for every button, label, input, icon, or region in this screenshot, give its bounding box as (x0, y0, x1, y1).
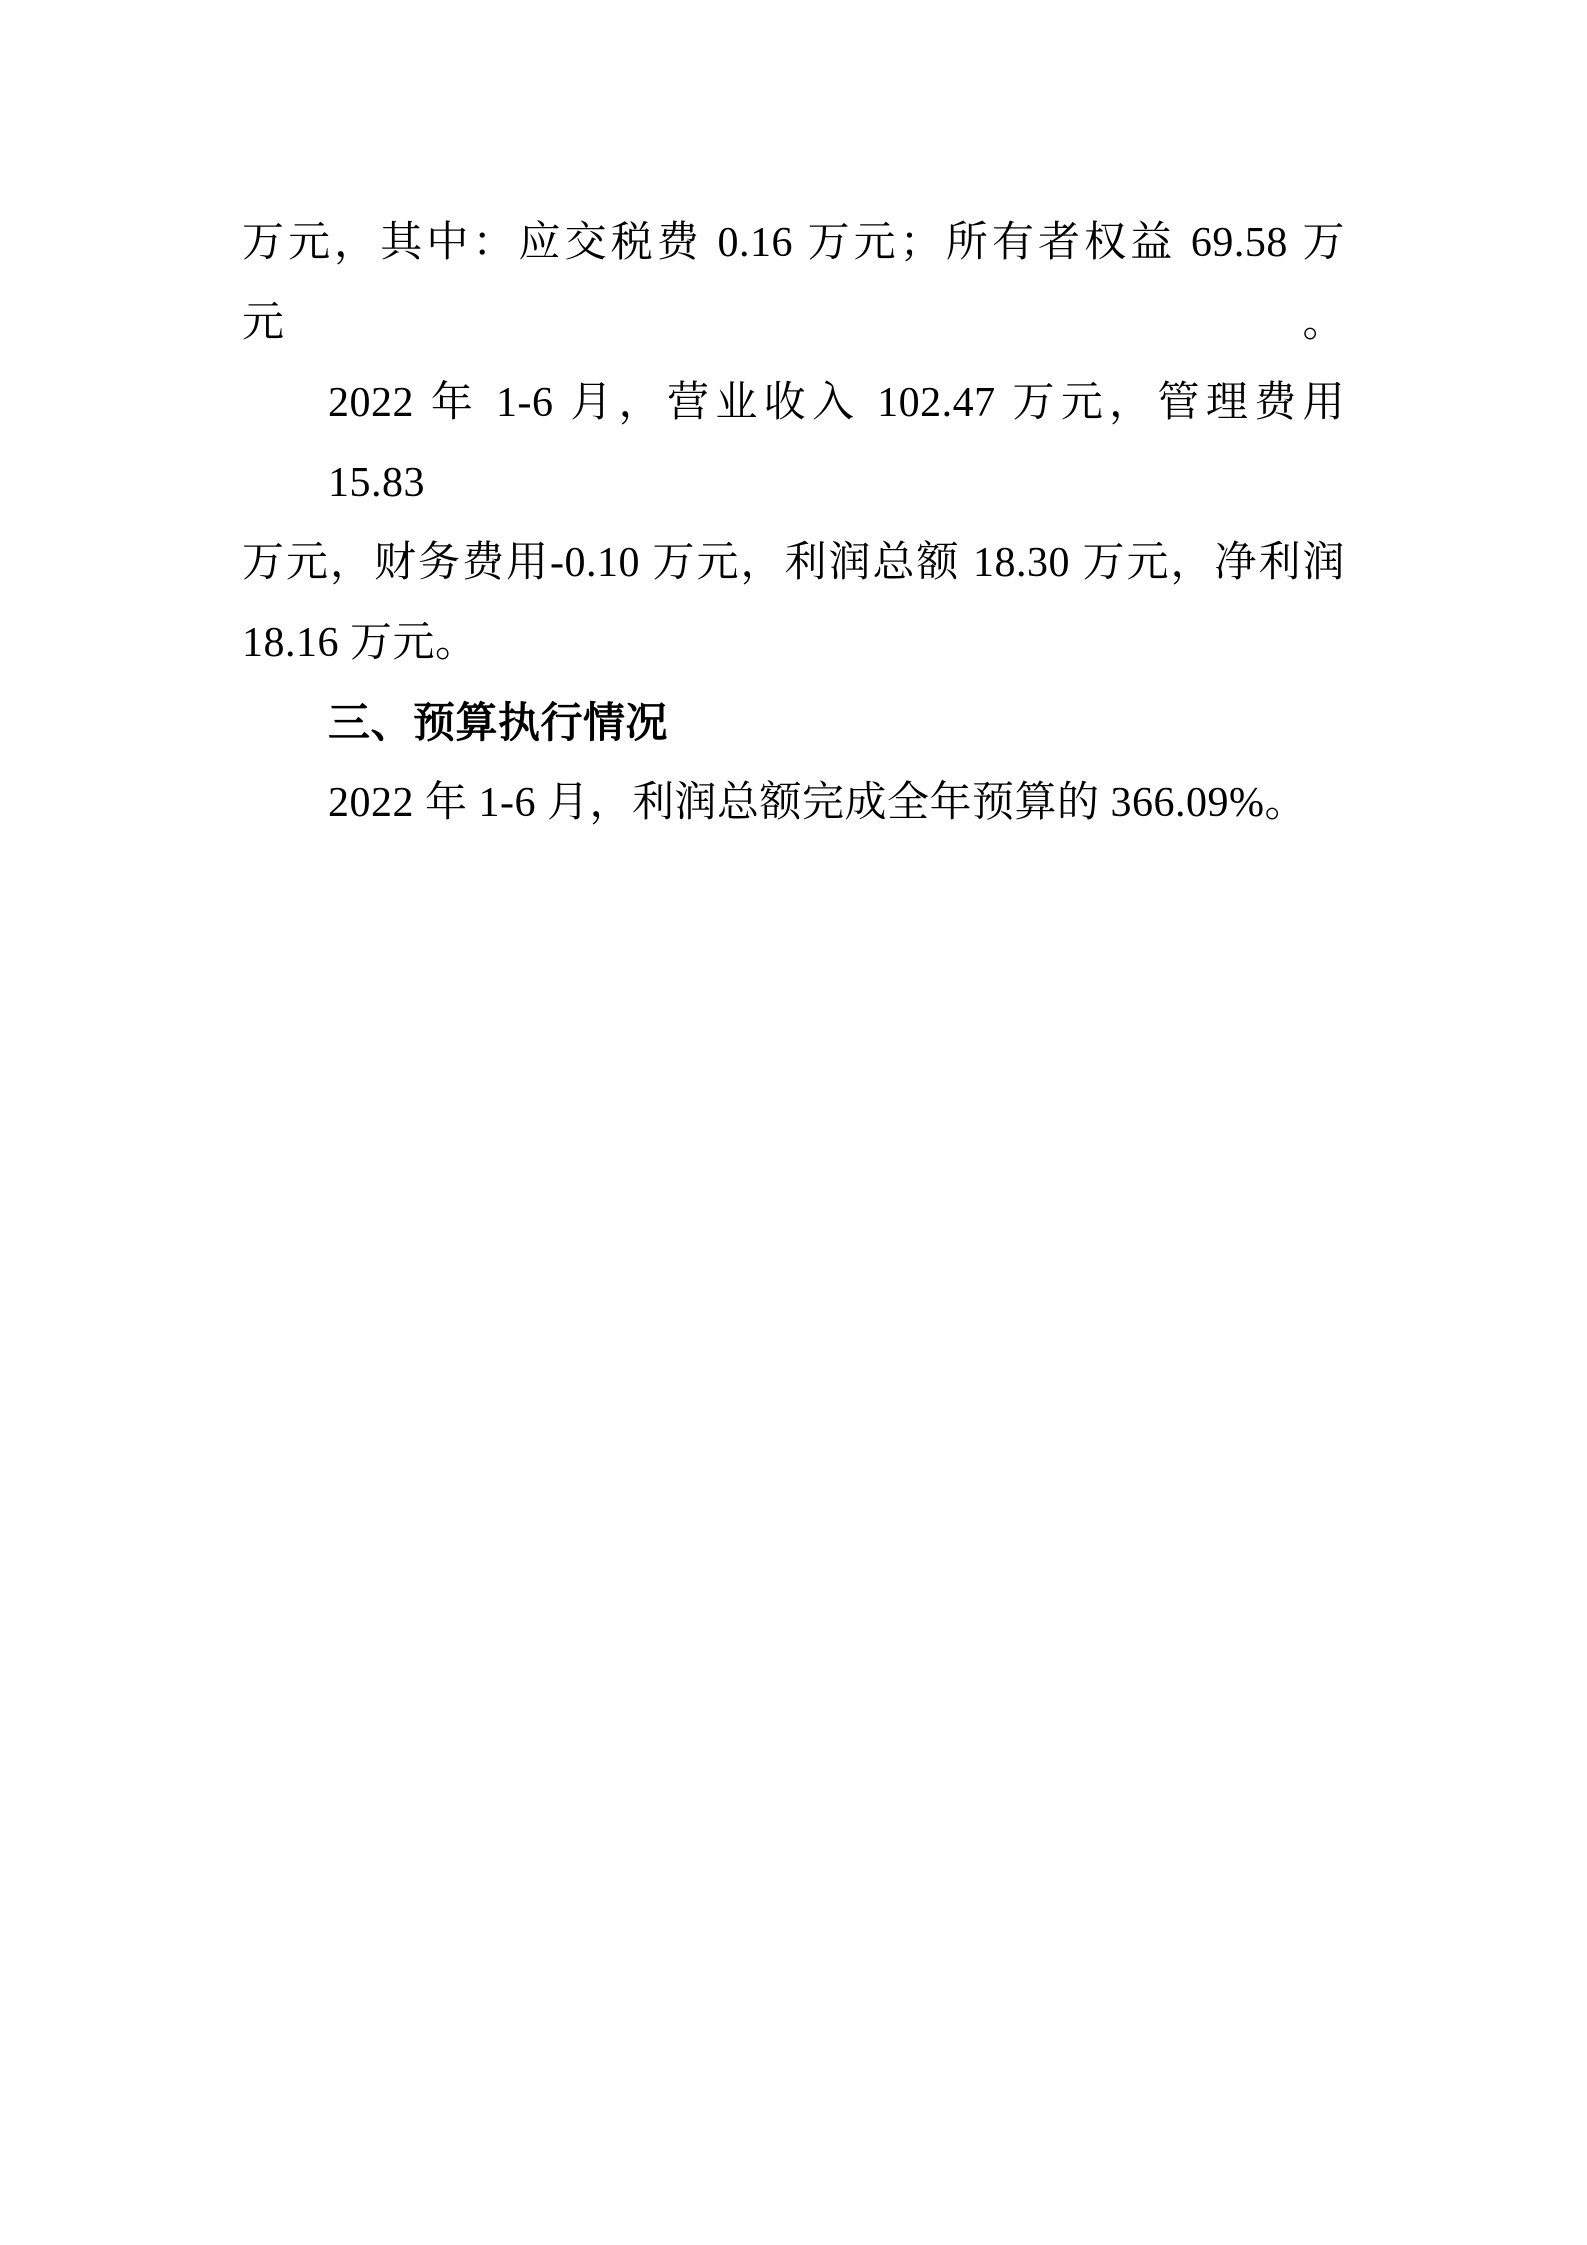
section-heading-budget-execution: 三、预算执行情况 (242, 683, 1345, 763)
document-text-block: 万元，其中：应交税费 0.16 万元；所有者权益 69.58 万元。 2022 … (242, 203, 1345, 843)
paragraph-2022-revenue-line-2: 万元，财务费用-0.10 万元，利润总额 18.30 万元，净利润 (242, 523, 1345, 603)
paragraph-2022-revenue-line-3: 18.16 万元。 (242, 603, 1345, 683)
paragraph-continuation-line: 万元，其中：应交税费 0.16 万元；所有者权益 69.58 万元。 (242, 203, 1345, 363)
document-page: 万元，其中：应交税费 0.16 万元；所有者权益 69.58 万元。 2022 … (0, 0, 1587, 2245)
paragraph-budget-execution-line: 2022 年 1-6 月，利润总额完成全年预算的 366.09%。 (242, 763, 1345, 843)
paragraph-2022-revenue-line-1: 2022 年 1-6 月，营业收入 102.47 万元，管理费用 15.83 (242, 363, 1345, 523)
